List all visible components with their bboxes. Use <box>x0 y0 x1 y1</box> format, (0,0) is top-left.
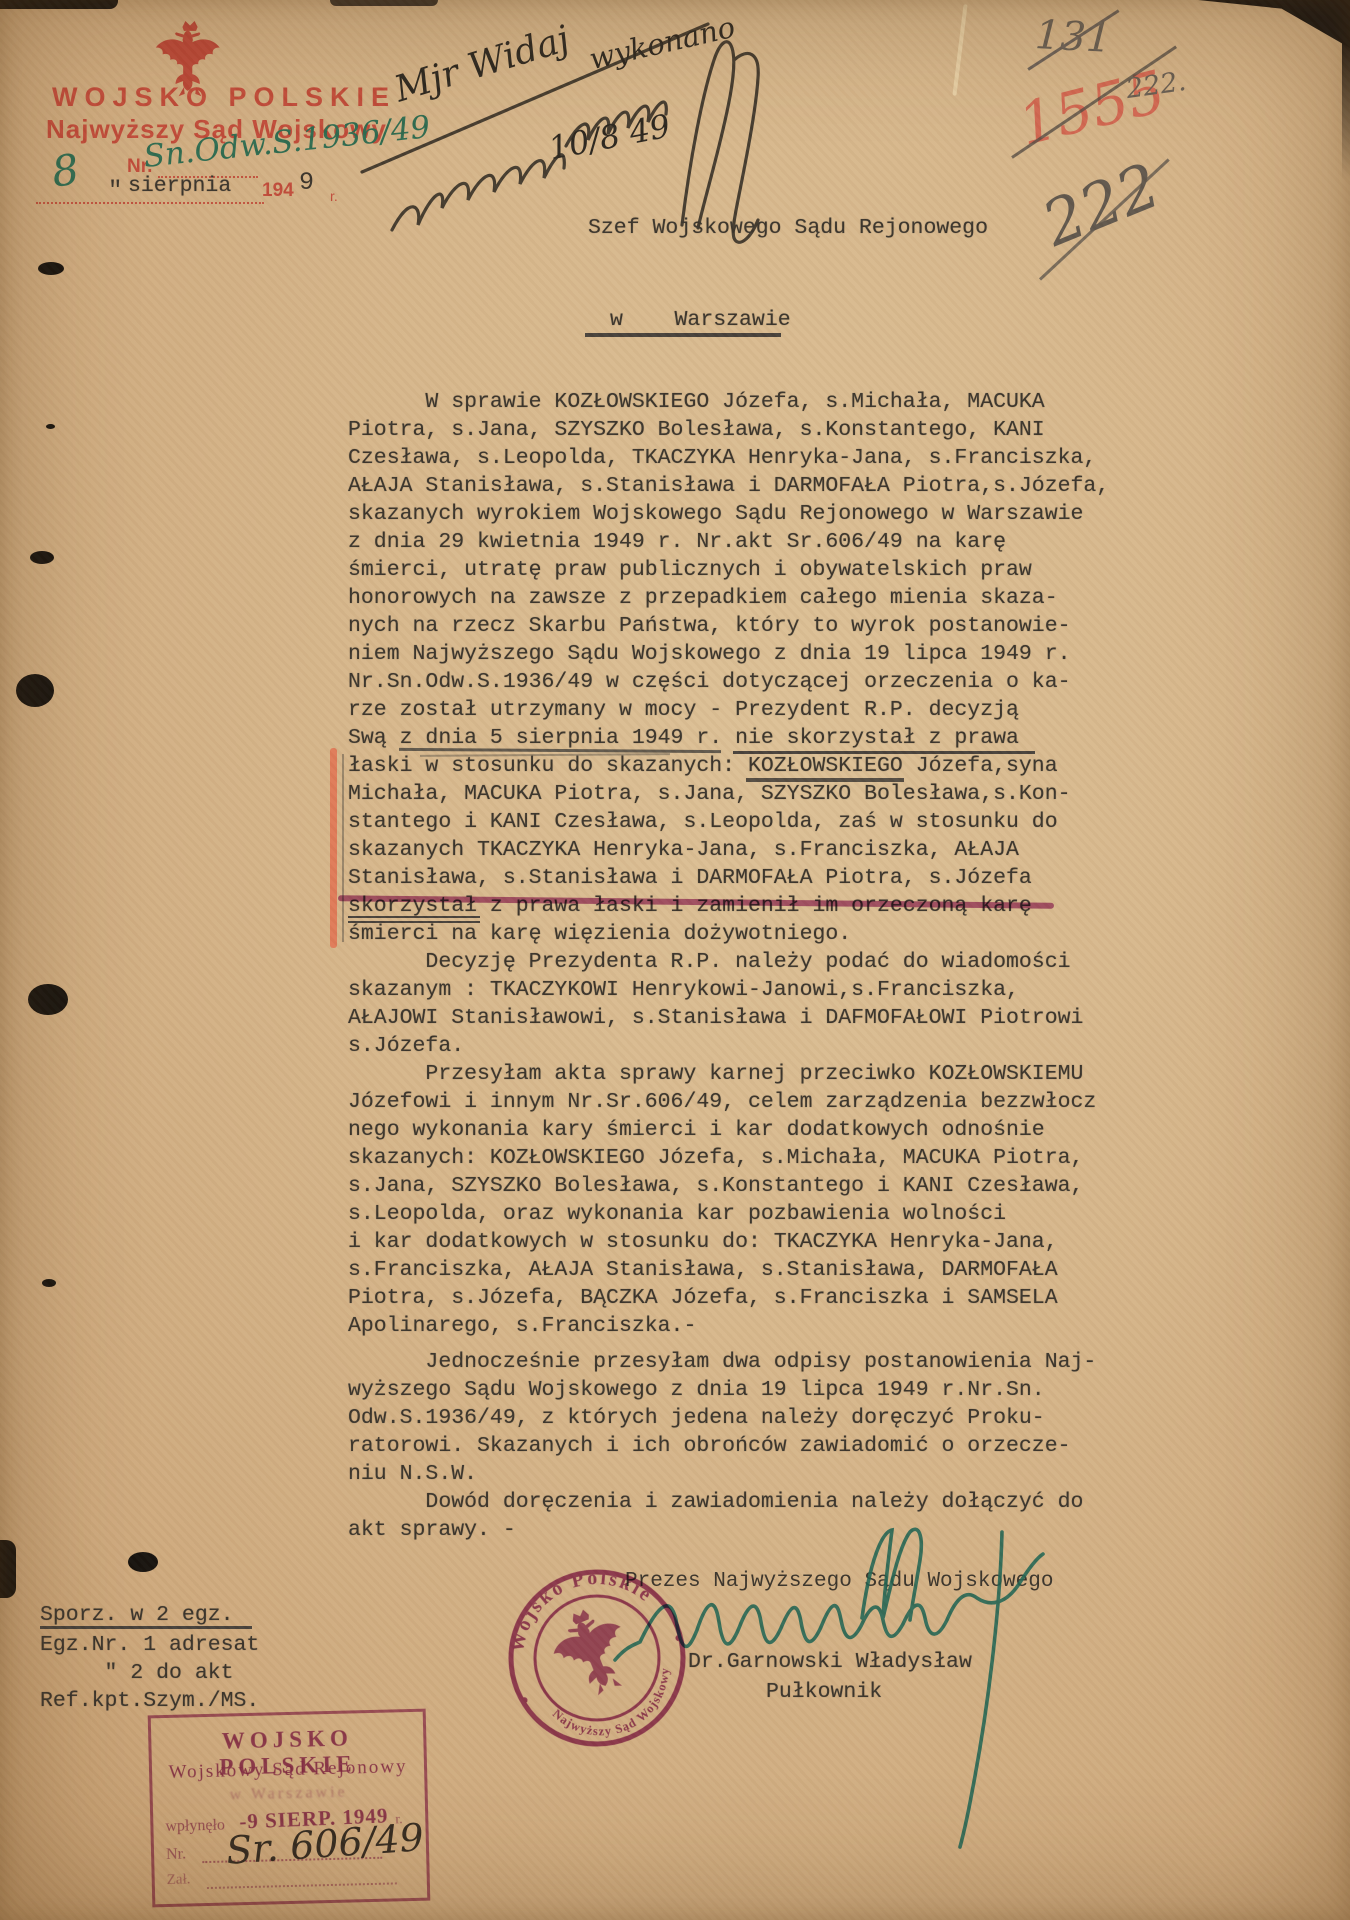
receipt-received-label: wpłynęło <box>165 1817 225 1836</box>
receipt-nr-label: Nr. <box>166 1846 186 1864</box>
receipt-stamp: WOJSKO POLSKIE Wojskowy Sąd Rejonowy w W… <box>148 1709 431 1908</box>
double-underline-skorzystal-1 <box>348 916 480 918</box>
double-underline-skorzystal-2 <box>348 921 480 923</box>
scan-artifact-right-edge <box>1342 40 1350 180</box>
footer-copy1: Egz.Nr. 1 adresat <box>40 1631 259 1659</box>
month-typed: sierpnia <box>128 172 231 200</box>
scanned-court-document: WOJSKO POLSKIE Najwyższy Sąd Wojskowy Nr… <box>0 0 1350 1920</box>
day-handwritten: 8 <box>49 144 82 196</box>
receipt-attachments-label: Zał. <box>167 1871 191 1889</box>
punch-hole <box>28 984 68 1015</box>
footer-copy2: " 2 do akt <box>40 1659 234 1687</box>
strike-through-officer <box>362 24 708 172</box>
body-text-part1: W sprawie KOZŁOWSKIEGO Józefa, s.Michała… <box>348 388 1109 1340</box>
footer-copies-line: Sporz. w 2 egz. <box>40 1601 234 1629</box>
paper-speck <box>46 424 55 429</box>
red-margin-line <box>330 748 337 948</box>
quote-mark: " <box>108 178 122 205</box>
footer-underline <box>40 1626 252 1629</box>
scan-artifact-top-left <box>0 0 118 9</box>
addressee-line1: Szef Wojskowego Sądu Rejonowego <box>588 214 988 242</box>
pencil-margin-line <box>342 754 344 942</box>
punch-hole <box>42 1279 56 1287</box>
ink-blot <box>128 1552 158 1572</box>
punch-hole <box>30 551 54 564</box>
paper-tear-crease <box>952 4 967 96</box>
scan-artifact-top-right <box>1198 0 1350 48</box>
receipt-zal-dotted <box>207 1880 397 1889</box>
punch-hole <box>16 674 54 707</box>
underline-nie-skorzystal <box>733 751 1035 754</box>
scan-artifact-left-edge <box>0 1540 16 1598</box>
addressee-underline <box>585 333 781 337</box>
footer-ref: Ref.kpt.Szym./MS. <box>40 1687 259 1715</box>
pencil-underline-kozlowskiego <box>746 778 904 782</box>
eagle-emblem-purple <box>542 1599 641 1705</box>
year-digit-typed: 9 <box>299 168 314 197</box>
pencil-number-4: 222 <box>1033 148 1170 260</box>
addressee-line2: w Warszawie <box>610 306 791 334</box>
year-prefix-printed: 194 <box>262 180 294 202</box>
punch-hole <box>38 262 64 275</box>
